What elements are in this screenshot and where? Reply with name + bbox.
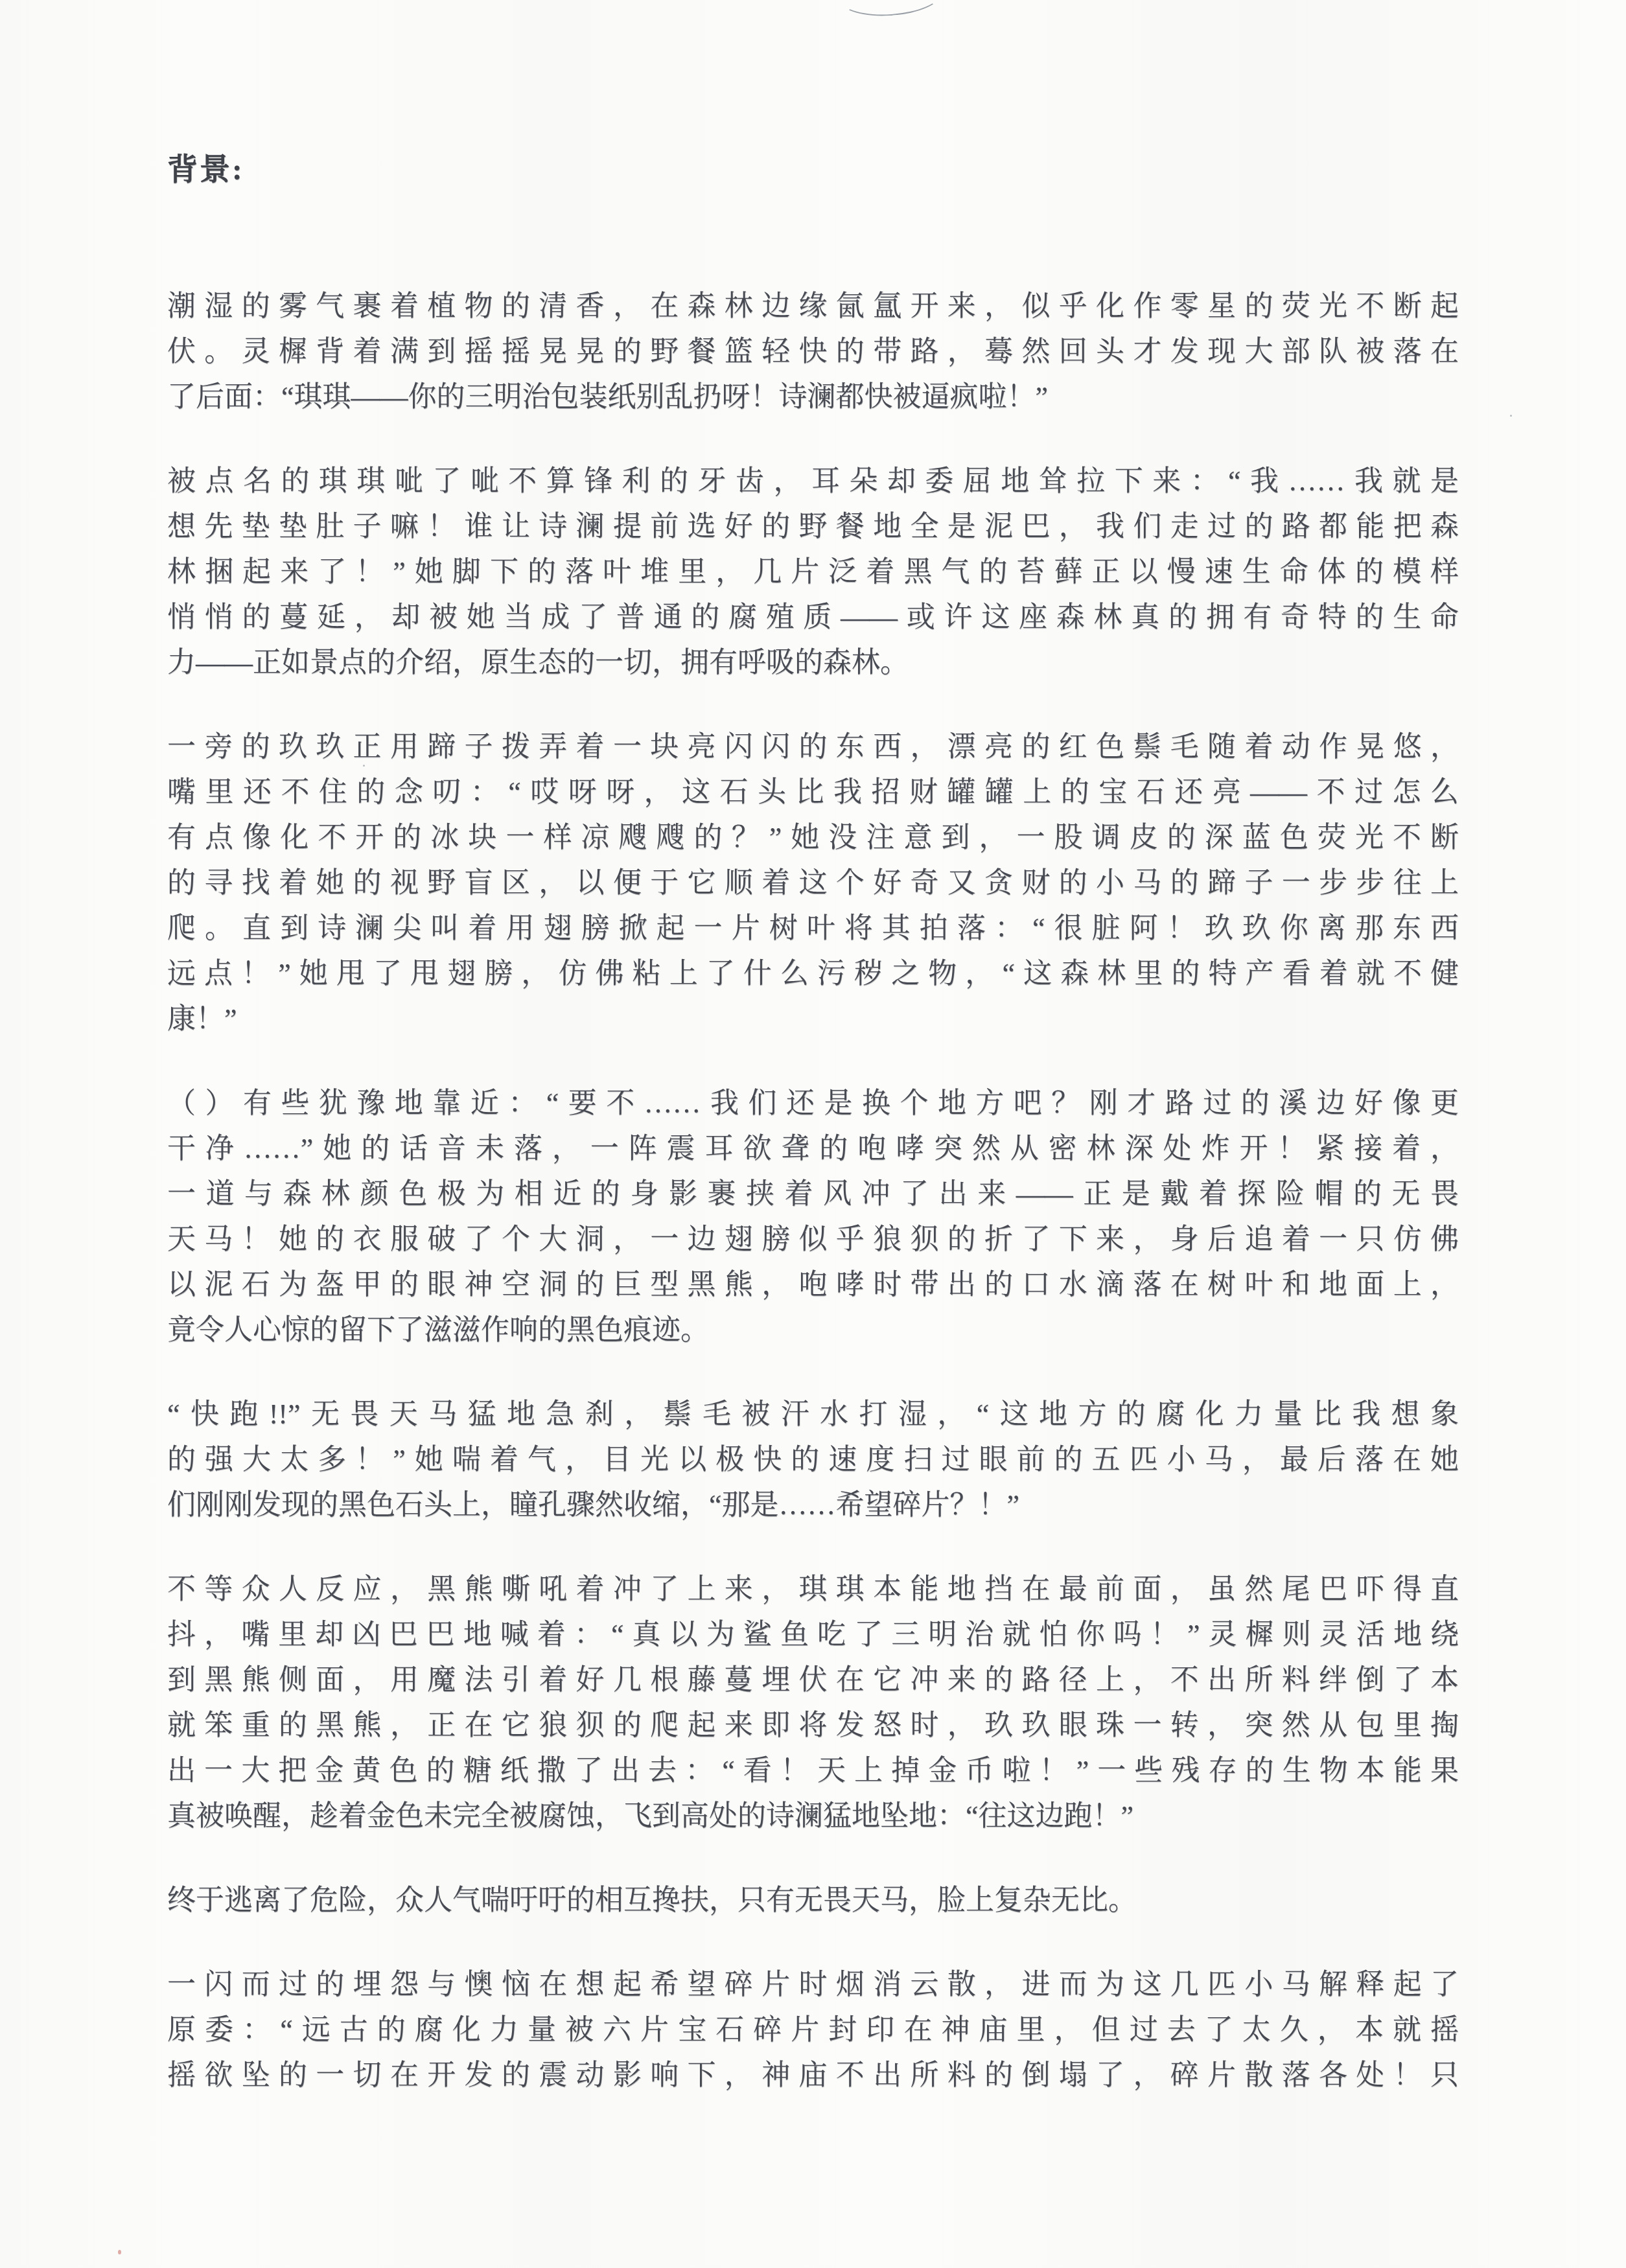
text-line: 不等众人反应，黑熊嘶吼着冲了上来，琪琪本能地挡在最前面，虽然尾巴吓得直 xyxy=(167,1567,1459,1612)
paragraph: 一闪而过的埋怨与懊恼在想起希望碎片时烟消云散，进而为这几匹小马解释起了原委：“远… xyxy=(167,1962,1459,2098)
text-line: 远点！”她甩了甩翅膀，仿佛粘上了什么污秽之物，“这森林里的特产看着就不健 xyxy=(167,951,1459,997)
paragraph: （）有些犹豫地靠近：“要不……我们还是换个地方吧？刚才路过的溪边好像更干净……”… xyxy=(167,1081,1459,1353)
text-line: 干净……”她的话音未落，一阵震耳欲聋的咆哮突然从密林深处炸开！紧接着， xyxy=(167,1126,1459,1172)
text-line: 抖，嘴里却凶巴巴地喊着：“真以为鲨鱼吃了三明治就怕你吗！”灵樨则灵活地绕 xyxy=(167,1612,1459,1658)
text-line: 一旁的玖玖正用蹄子拨弄着一块亮闪闪的东西，漂亮的红色鬃毛随着动作晃悠， xyxy=(167,724,1459,770)
text-line: 一道与森林颜色极为相近的身影裹挟着风冲了出来——正是戴着探险帽的无畏 xyxy=(167,1172,1459,1217)
text-line: 被点名的琪琪呲了呲不算锋利的牙齿，耳朵却委屈地耸拉下来：“我……我就是 xyxy=(167,459,1459,504)
text-line: 想先垫垫肚子嘛！谁让诗澜提前选好的野餐地全是泥巴，我们走过的路都能把森 xyxy=(167,504,1459,550)
text-line: 有点像化不开的冰块一样凉飕飕的？”她没注意到，一股调皮的深蓝色荧光不断 xyxy=(167,815,1459,861)
scanned-document-page: 背景: 潮湿的雾气裹着植物的清香，在森林边缘氤氲开来，似乎化作零星的荧光不断起伏… xyxy=(0,0,1626,2268)
paragraph: 终于逃离了危险，众人气喘吁吁的相互搀扶，只有无畏天马，脸上复杂无比。 xyxy=(167,1878,1459,1923)
text-line: 原委：“远古的腐化力量被六片宝石碎片封印在神庙里，但过去了太久，本就摇 xyxy=(167,2008,1459,2053)
text-line: 悄悄的蔓延，却被她当成了普通的腐殖质——或许这座森林真的拥有奇特的生命 xyxy=(167,595,1459,640)
text-line: 出一大把金黄色的糖纸撒了出去：“看！天上掉金币啦！”一些残存的生物本能果 xyxy=(167,1748,1459,1794)
text-line: 的寻找着她的视野盲区，以便于它顺着这个好奇又贪财的小马的蹄子一步步往上 xyxy=(167,861,1459,906)
document-body: 潮湿的雾气裹着植物的清香，在森林边缘氤氲开来，似乎化作零星的荧光不断起伏。灵樨背… xyxy=(167,284,1459,2098)
text-line: 摇欲坠的一切在开发的震动影响下，神庙不出所料的倒塌了，碎片散落各处！只 xyxy=(167,2053,1459,2098)
text-line: 康！” xyxy=(167,997,1459,1042)
text-line: 到黑熊侧面，用魔法引着好几根藤蔓埋伏在它冲来的路径上，不出所料绊倒了本 xyxy=(167,1658,1459,1703)
paragraph: 不等众人反应，黑熊嘶吼着冲了上来，琪琪本能地挡在最前面，虽然尾巴吓得直抖，嘴里却… xyxy=(167,1567,1459,1839)
text-line: 林捆起来了！”她脚下的落叶堆里，几片泛着黑气的苔藓正以慢速生命体的模样 xyxy=(167,550,1459,595)
text-line: （）有些犹豫地靠近：“要不……我们还是换个地方吧？刚才路过的溪边好像更 xyxy=(167,1081,1459,1126)
text-line: 伏。灵樨背着满到摇摇晃晃的野餐篮轻快的带路，蓦然回头才发现大部队被落在 xyxy=(167,329,1459,375)
text-line: “快跑!!”无畏天马猛地急刹，鬃毛被汗水打湿，“这地方的腐化力量比我想象 xyxy=(167,1392,1459,1437)
text-column: 背景: 潮湿的雾气裹着植物的清香，在森林边缘氤氲开来，似乎化作零星的荧光不断起伏… xyxy=(167,0,1459,2137)
text-line: 就笨重的黑熊，正在它狼狈的爬起来即将发怒时，玖玖眼珠一转，突然从包里掏 xyxy=(167,1703,1459,1748)
paragraph: 被点名的琪琪呲了呲不算锋利的牙齿，耳朵却委屈地耸拉下来：“我……我就是想先垫垫肚… xyxy=(167,459,1459,686)
text-line: 终于逃离了危险，众人气喘吁吁的相互搀扶，只有无畏天马，脸上复杂无比。 xyxy=(167,1878,1459,1923)
text-line: 一闪而过的埋怨与懊恼在想起希望碎片时烟消云散，进而为这几匹小马解释起了 xyxy=(167,1962,1459,2008)
paragraph: 潮湿的雾气裹着植物的清香，在森林边缘氤氲开来，似乎化作零星的荧光不断起伏。灵樨背… xyxy=(167,284,1459,420)
text-line: 潮湿的雾气裹着植物的清香，在森林边缘氤氲开来，似乎化作零星的荧光不断起 xyxy=(167,284,1459,329)
paragraph: “快跑!!”无畏天马猛地急刹，鬃毛被汗水打湿，“这地方的腐化力量比我想象的强大太… xyxy=(167,1392,1459,1528)
text-line: 天马！她的衣服破了个大洞，一边翅膀似乎狼狈的折了下来，身后追着一只仿佛 xyxy=(167,1217,1459,1262)
scan-speck xyxy=(1510,415,1512,417)
text-line: 嘴里还不住的念叨：“哎呀呀，这石头比我招财罐罐上的宝石还亮——不过怎么 xyxy=(167,770,1459,815)
page-title: 背景: xyxy=(167,0,1459,193)
scan-speck xyxy=(118,2250,121,2254)
text-line: 以泥石为盔甲的眼神空洞的巨型黑熊，咆哮时带出的口水滴落在树叶和地面上， xyxy=(167,1262,1459,1308)
text-line: 们刚刚发现的黑色石头上，瞳孔骤然收缩，“那是……希望碎片？！” xyxy=(167,1483,1459,1528)
text-line: 真被唤醒，趁着金色未完全被腐蚀，飞到高处的诗澜猛地坠地：“往这边跑！” xyxy=(167,1794,1459,1839)
text-line: 竟令人心惊的留下了滋滋作响的黑色痕迹。 xyxy=(167,1308,1459,1353)
text-line: 了后面：“琪琪——你的三明治包装纸别乱扔呀！诗澜都快被逼疯啦！” xyxy=(167,375,1459,420)
text-line: 爬。直到诗澜尖叫着用翅膀掀起一片树叶将其拍落：“很脏阿！玖玖你离那东西 xyxy=(167,906,1459,951)
paragraph: 一旁的玖玖正用蹄子拨弄着一块亮闪闪的东西，漂亮的红色鬃毛随着动作晃悠，嘴里还不住… xyxy=(167,724,1459,1042)
text-line: 力——正如景点的介绍，原生态的一切，拥有呼吸的森林。 xyxy=(167,640,1459,686)
text-line: 的强大太多！”她喘着气，目光以极快的速度扫过眼前的五匹小马，最后落在她 xyxy=(167,1437,1459,1483)
